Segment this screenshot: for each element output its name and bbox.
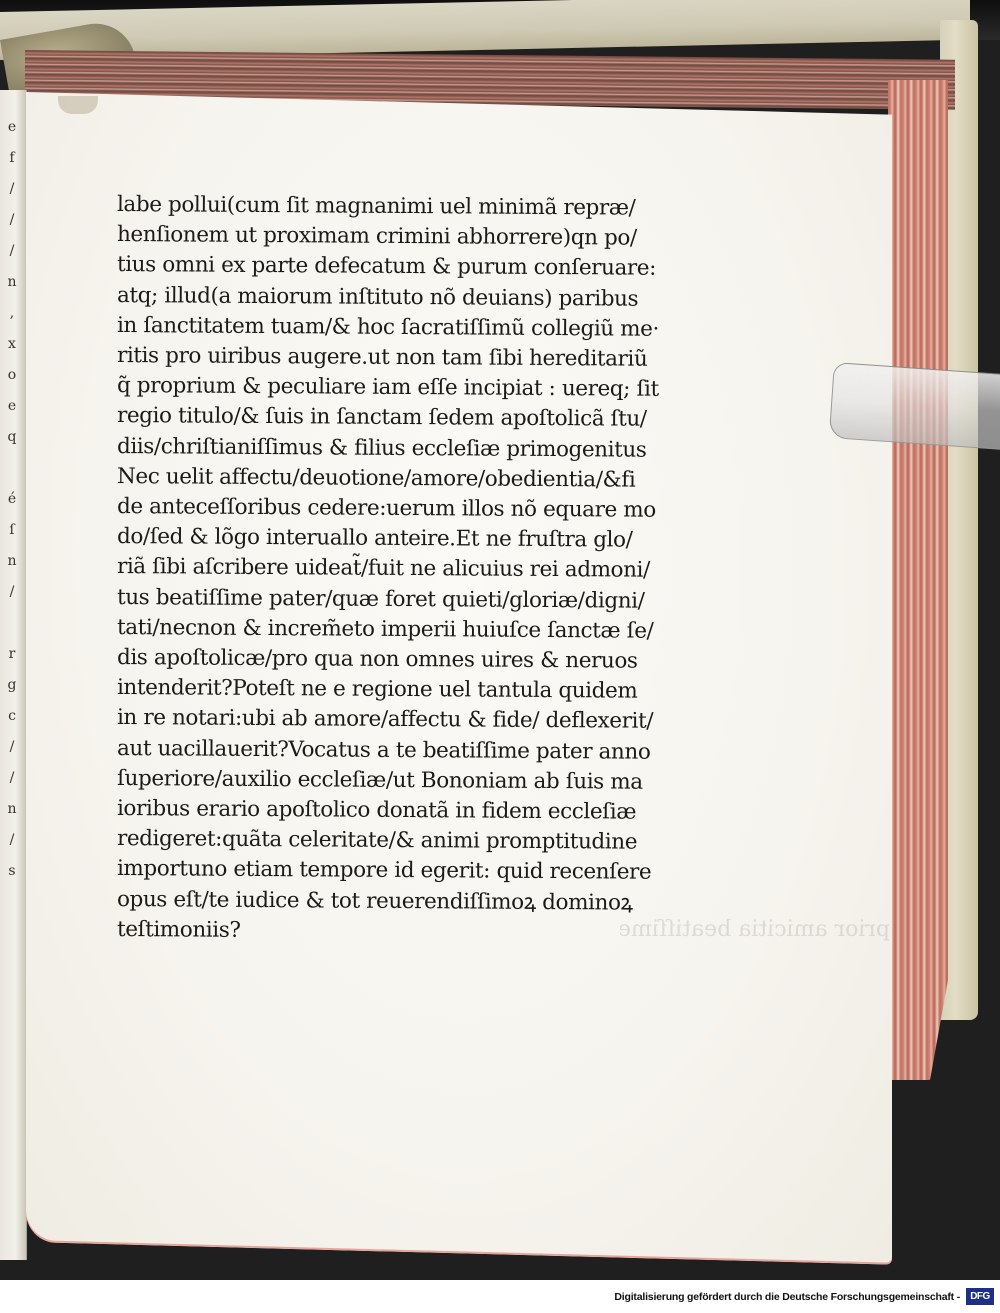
text-line: in re notari:ubi ab amore/affectu & fide… [117, 703, 677, 737]
credit-footer: Digitalisierung gefördert durch die Deut… [0, 1280, 1000, 1313]
text-line: importuno etiam tempore id egerit: quid … [117, 854, 677, 888]
text-line: dis apoſtolicæ/pro qua non omnes uires &… [117, 643, 677, 677]
text-line: ſuperiore/auxilio eccleſiæ/ut Bononiam a… [117, 764, 677, 798]
main-text-block: labe pollui(cum ſit magnanimi uel minimã… [117, 190, 677, 945]
text-line: in ſanctitatem tuam/& hoc ſacratiſſimũ c… [117, 311, 677, 345]
text-line: teſtimoniis? [117, 915, 677, 949]
dfg-logo-icon: DFG [966, 1288, 994, 1305]
text-line: riã ſibi aſcribere uideat̃/fuit ne alicu… [117, 552, 677, 586]
text-line: henſionem ut proximam crimini abhorrere)… [117, 220, 677, 254]
funding-credit: Digitalisierung gefördert durch die Deut… [614, 1291, 960, 1303]
glass-page-clamp [829, 362, 1000, 451]
text-line: ioribus erario apoſtolico donatã in fide… [117, 794, 677, 828]
text-line: opus eſt/te iudice & tot reuerendiſſimoꝝ… [117, 885, 677, 919]
text-line: tati/necnon & increm̃eto imperii huiuſce… [117, 613, 677, 647]
text-line: tius omni ex parte defecatum & purum con… [117, 250, 677, 284]
text-line: atq; illud(a maiorum inſtituto nõ deuian… [117, 281, 677, 315]
facing-page-text-fragments: e f / / / n , x o e q é ſ n / r g c / / … [4, 112, 20, 887]
page-stain [58, 96, 98, 114]
text-line: diis/chriſtianiſſimus & filius eccleſiæ … [117, 432, 677, 466]
text-line: de anteceſſoribus cedere:uerum illos nõ … [117, 492, 677, 526]
text-line: tus beatiſſime pater/quæ foret quieti/gl… [117, 583, 677, 617]
text-line: labe pollui(cum ſit magnanimi uel minimã… [117, 190, 677, 224]
text-line: do/ſed & lõgo interuallo anteire.Et ne f… [117, 522, 677, 556]
text-line: redigeret:quãta celeritate/& animi promp… [117, 824, 677, 858]
text-line: ritis pro uiribus augere.ut non tam ſibi… [117, 341, 677, 375]
text-line: Nec uelit affectu/deuotione/amore/obedie… [117, 462, 677, 496]
book-scan: e f / / / n , x o e q é ſ n / r g c / / … [0, 0, 1000, 1280]
page-block-fore-edge [888, 80, 948, 1080]
text-line: intenderit?Poteſt ne e regione uel tantu… [117, 673, 677, 707]
text-line: aut uacillauerit?Vocatus a te beatiſſime… [117, 734, 677, 768]
text-line: regio titulo/& ſuis in ſanctam ſedem apo… [117, 401, 677, 435]
text-line: q̃ proprium & peculiare iam eſſe incipia… [117, 371, 677, 405]
